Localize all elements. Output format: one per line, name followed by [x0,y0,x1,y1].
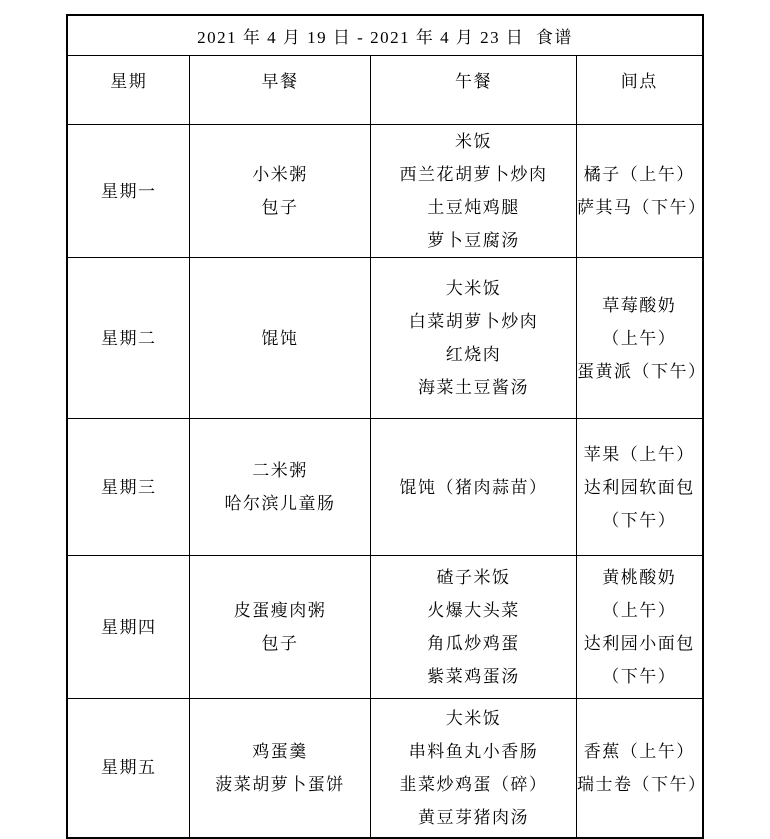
snack-cell: 草莓酸奶（上午）蛋黄派（下午） [576,258,702,419]
menu-item-line: 蛋黄派（下午） [577,355,702,388]
col-header-breakfast: 早餐 [189,56,370,125]
menu-item-line: 星期一 [68,175,189,208]
menu-item-line: 草莓酸奶 [577,289,702,322]
menu-item-line: 小米粥 [190,158,370,191]
menu-item-line: 香蕉（上午） [577,735,702,768]
document-page: 2021 年 4 月 19 日 - 2021 年 4 月 23 日 食谱 星期 … [0,0,770,835]
snack-cell: 黄桃酸奶（上午）达利园小面包（下午） [576,556,702,699]
menu-item-line: 大米饭 [371,702,576,735]
breakfast-cell: 皮蛋瘦肉粥包子 [189,556,370,699]
menu-item-line: 二米粥 [190,454,370,487]
table-body: 星期一小米粥包子米饭西兰花胡萝卜炒肉土豆炖鸡腿萝卜豆腐汤橘子（上午）萨其马（下午… [67,125,702,838]
menu-row: 星期二馄饨大米饭白菜胡萝卜炒肉红烧肉海菜土豆酱汤草莓酸奶（上午）蛋黄派（下午） [67,258,702,419]
breakfast-cell: 小米粥包子 [189,125,370,258]
col-header-snack: 间点 [576,56,702,125]
day-cell: 星期五 [67,699,189,838]
menu-item-line: （上午） [577,594,702,627]
menu-item-line: 菠菜胡萝卜蛋饼 [190,768,370,801]
menu-row: 星期三二米粥哈尔滨儿童肠馄饨（猪肉蒜苗）苹果（上午）达利园软面包（下午） [67,419,702,556]
day-cell: 星期二 [67,258,189,419]
menu-item-line: 馄饨 [190,322,370,355]
day-cell: 星期一 [67,125,189,258]
table-head: 2021 年 4 月 19 日 - 2021 年 4 月 23 日 食谱 星期 … [67,15,702,125]
menu-item-line: （上午） [577,322,702,355]
day-cell: 星期三 [67,419,189,556]
menu-item-line: （下午） [577,660,702,693]
menu-item-line: 角瓜炒鸡蛋 [371,627,576,660]
menu-item-line: 哈尔滨儿童肠 [190,487,370,520]
menu-item-line: 土豆炖鸡腿 [371,191,576,224]
lunch-cell: 馄饨（猪肉蒜苗） [370,419,576,556]
menu-row: 星期五鸡蛋羹菠菜胡萝卜蛋饼大米饭串料鱼丸小香肠韭菜炒鸡蛋（碎）黄豆芽猪肉汤香蕉（… [67,699,702,838]
menu-item-line: 达利园软面包 [577,471,702,504]
menu-item-line: 西兰花胡萝卜炒肉 [371,158,576,191]
menu-item-line: 白菜胡萝卜炒肉 [371,305,576,338]
breakfast-cell: 二米粥哈尔滨儿童肠 [189,419,370,556]
menu-item-line: 橘子（上午） [577,158,702,191]
menu-item-line: 星期三 [68,471,189,504]
lunch-cell: 大米饭串料鱼丸小香肠韭菜炒鸡蛋（碎）黄豆芽猪肉汤 [370,699,576,838]
lunch-cell: 大米饭白菜胡萝卜炒肉红烧肉海菜土豆酱汤 [370,258,576,419]
col-header-weekday: 星期 [67,56,189,125]
menu-item-line: 皮蛋瘦肉粥 [190,594,370,627]
menu-item-line: 星期二 [68,322,189,355]
lunch-cell: 碴子米饭火爆大头菜角瓜炒鸡蛋紫菜鸡蛋汤 [370,556,576,699]
menu-item-line: 大米饭 [371,272,576,305]
menu-item-line: 红烧肉 [371,338,576,371]
menu-item-line: 碴子米饭 [371,561,576,594]
menu-item-line: 鸡蛋羹 [190,735,370,768]
menu-item-line: 萨其马（下午） [577,191,702,224]
meal-schedule-table: 2021 年 4 月 19 日 - 2021 年 4 月 23 日 食谱 星期 … [66,14,703,839]
menu-item-line: 火爆大头菜 [371,594,576,627]
breakfast-cell: 馄饨 [189,258,370,419]
snack-cell: 苹果（上午）达利园软面包（下午） [576,419,702,556]
menu-item-line: 达利园小面包 [577,627,702,660]
menu-item-line: 黄豆芽猪肉汤 [371,801,576,834]
menu-row: 星期一小米粥包子米饭西兰花胡萝卜炒肉土豆炖鸡腿萝卜豆腐汤橘子（上午）萨其马（下午… [67,125,702,258]
table-title: 2021 年 4 月 19 日 - 2021 年 4 月 23 日 食谱 [67,15,702,56]
menu-item-line: 星期五 [68,751,189,784]
menu-item-line: 瑞士卷（下午） [577,768,702,801]
menu-item-line: 米饭 [371,125,576,158]
menu-item-line: 海菜土豆酱汤 [371,371,576,404]
menu-item-line: 韭菜炒鸡蛋（碎） [371,768,576,801]
menu-item-line: 黄桃酸奶 [577,561,702,594]
lunch-cell: 米饭西兰花胡萝卜炒肉土豆炖鸡腿萝卜豆腐汤 [370,125,576,258]
menu-item-line: 星期四 [68,611,189,644]
col-header-lunch: 午餐 [370,56,576,125]
snack-cell: 香蕉（上午）瑞士卷（下午） [576,699,702,838]
menu-item-line: 苹果（上午） [577,438,702,471]
breakfast-cell: 鸡蛋羹菠菜胡萝卜蛋饼 [189,699,370,838]
menu-item-line: 包子 [190,191,370,224]
menu-item-line: 萝卜豆腐汤 [371,224,576,257]
menu-item-line: 紫菜鸡蛋汤 [371,660,576,693]
title-row: 2021 年 4 月 19 日 - 2021 年 4 月 23 日 食谱 [67,15,702,56]
menu-item-line: 包子 [190,627,370,660]
header-row: 星期 早餐 午餐 间点 [67,56,702,125]
snack-cell: 橘子（上午）萨其马（下午） [576,125,702,258]
menu-row: 星期四皮蛋瘦肉粥包子碴子米饭火爆大头菜角瓜炒鸡蛋紫菜鸡蛋汤黄桃酸奶（上午）达利园… [67,556,702,699]
menu-item-line: （下午） [577,504,702,537]
day-cell: 星期四 [67,556,189,699]
menu-item-line: 串料鱼丸小香肠 [371,735,576,768]
menu-item-line: 馄饨（猪肉蒜苗） [371,471,576,504]
